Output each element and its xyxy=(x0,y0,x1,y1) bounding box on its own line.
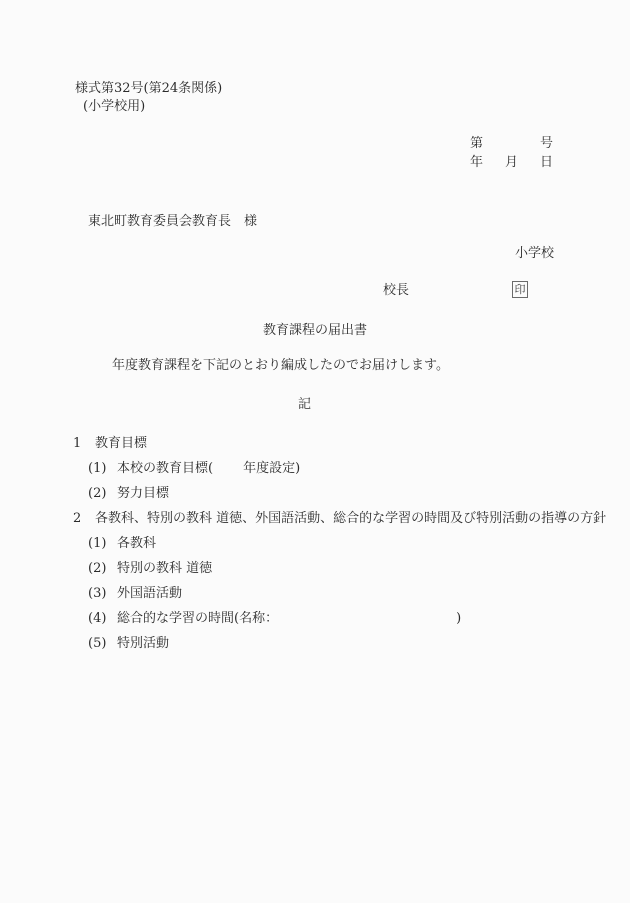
year-blank xyxy=(213,471,243,472)
document-page: 様式第32号(第24条関係) (小学校用) 第 号 年 月 日 東北町教育委員会… xyxy=(0,0,630,903)
item-text: 本校の教育目標( xyxy=(117,461,213,476)
item-number: (1) xyxy=(88,461,117,477)
section-2-number: 2 xyxy=(73,511,95,527)
section-1-heading: 1教育目標 xyxy=(73,436,147,452)
principal-label: 校長 xyxy=(383,283,409,299)
doc-number-prefix: 第 xyxy=(470,136,483,152)
list-item: (2)努力目標 xyxy=(88,486,169,502)
date-month-label: 月 xyxy=(505,155,518,171)
principal-seal-box: 印 xyxy=(512,281,528,298)
item-text-after-gap: 年度設定) xyxy=(243,461,300,476)
item-number: (2) xyxy=(88,561,117,577)
school-type-note: (小学校用) xyxy=(83,99,145,115)
item-text: 各教科 xyxy=(117,536,156,551)
item-text: 努力目標 xyxy=(117,486,169,501)
section-2-heading-text: 各教科、特別の教科 道徳、外国語活動、総合的な学習の時間及び特別活動の指導の方針 xyxy=(95,511,606,526)
school-name-suffix: 小学校 xyxy=(515,246,554,262)
item-text: 外国語活動 xyxy=(117,586,182,601)
item-number: (1) xyxy=(88,536,117,552)
item-number: (2) xyxy=(88,486,117,502)
form-number: 様式第32号(第24条関係) xyxy=(75,81,222,97)
item-text: 特別の教科 道徳 xyxy=(117,561,212,576)
date-year-label: 年 xyxy=(470,155,483,171)
name-blank xyxy=(278,621,456,622)
doc-number-suffix: 号 xyxy=(540,136,553,152)
date-day-label: 日 xyxy=(540,155,553,171)
list-item: (2)特別の教科 道徳 xyxy=(88,561,212,577)
list-item: (1)各教科 xyxy=(88,536,156,552)
list-item: (5)特別活動 xyxy=(88,636,169,652)
list-item: (1)本校の教育目標(年度設定) xyxy=(88,461,300,477)
item-number: (3) xyxy=(88,586,117,602)
seal-mark: 印 xyxy=(515,283,526,296)
list-item: (3)外国語活動 xyxy=(88,586,182,602)
section-1-number: 1 xyxy=(73,436,95,452)
item-text-after-gap: ) xyxy=(456,611,461,626)
addressee: 東北町教育委員会教育長 様 xyxy=(88,214,257,230)
item-text: 特別活動 xyxy=(117,636,169,651)
section-2-heading: 2各教科、特別の教科 道徳、外国語活動、総合的な学習の時間及び特別活動の指導の方… xyxy=(73,511,606,527)
list-item: (4)総合的な学習の時間(名称：) xyxy=(88,611,461,627)
body-sentence: 年度教育課程を下記のとおり編成したのでお届けします。 xyxy=(112,358,449,374)
document-title: 教育課程の届出書 xyxy=(0,323,630,339)
item-number: (4) xyxy=(88,611,117,627)
record-marker: 記 xyxy=(298,397,311,413)
date-line: 年 月 日 xyxy=(470,155,553,171)
item-text: 総合的な学習の時間(名称： xyxy=(117,611,278,626)
doc-number-line: 第 号 xyxy=(470,136,553,152)
section-1-heading-text: 教育目標 xyxy=(95,436,147,451)
item-number: (5) xyxy=(88,636,117,652)
